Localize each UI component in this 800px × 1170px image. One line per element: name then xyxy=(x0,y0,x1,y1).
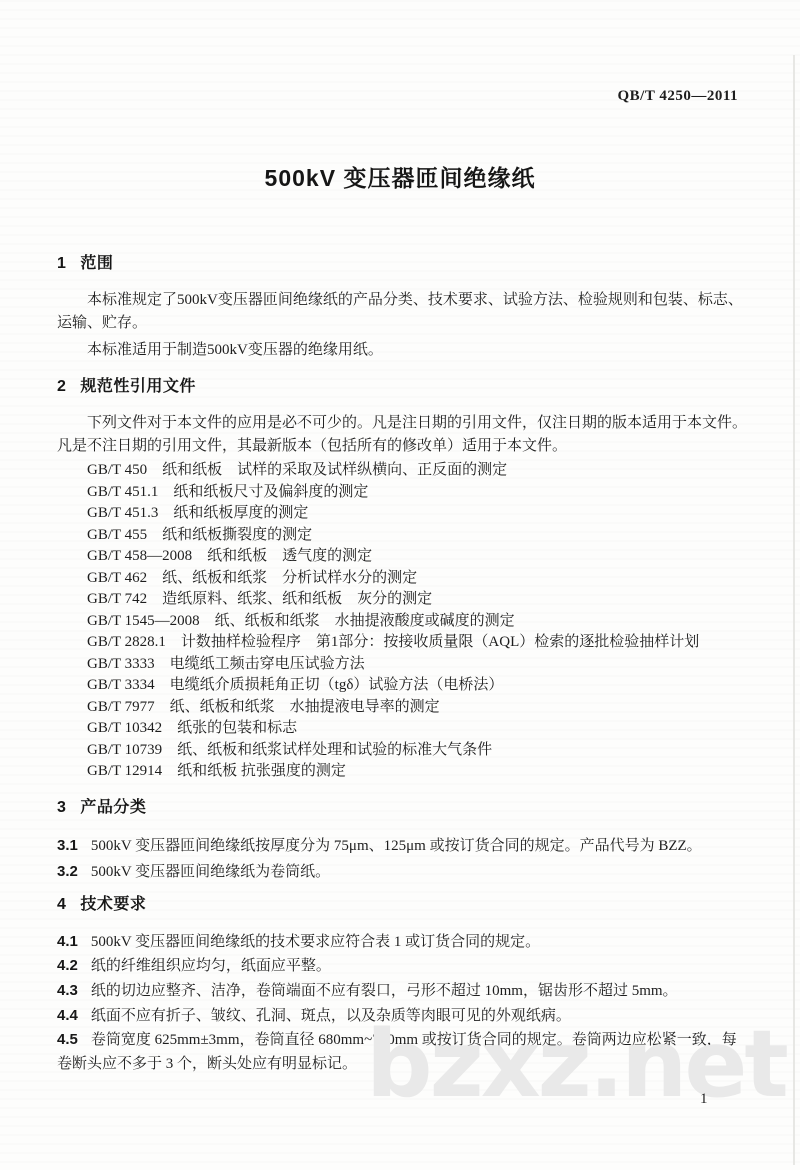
reference-item: GB/T 462 纸、纸板和纸浆 分析试样水分的测定 xyxy=(57,568,749,590)
section-number: 4 xyxy=(57,896,66,913)
clause-4-3: 4.3纸的切边应整齐、洁净，卷筒端面不应有裂口，弓形不超过 10mm，锯齿形不超… xyxy=(57,979,749,1004)
section-title: 范围 xyxy=(80,255,113,272)
section-1-paragraph: 本标准适用于制造500kV变压器的绝缘用纸。 xyxy=(57,339,749,362)
section-1-heading: 1范围 xyxy=(57,253,749,275)
reference-item: GB/T 451.1 纸和纸板尺寸及偏斜度的测定 xyxy=(57,482,749,504)
section-number: 2 xyxy=(57,378,66,395)
section-number: 1 xyxy=(57,255,66,272)
clause-text: 500kV 变压器匝间绝缘纸按厚度分为 75μm、125μm 或按订货合同的规定… xyxy=(91,838,702,854)
reference-item: GB/T 10342 纸张的包装和标志 xyxy=(57,718,749,740)
reference-item: GB/T 3333 电缆纸工频击穿电压试验方法 xyxy=(57,654,749,676)
document-title: 500kV 变压器匝间绝缘纸 xyxy=(0,160,800,193)
standard-code: QB/T 4250—2011 xyxy=(618,88,739,105)
reference-item: GB/T 12914 纸和纸板 抗张强度的测定 xyxy=(57,761,749,783)
section-1-paragraph: 本标准规定了500kV变压器匝间绝缘纸的产品分类、技术要求、试验方法、检验规则和… xyxy=(57,289,749,335)
document-body: 1范围 本标准规定了500kV变压器匝间绝缘纸的产品分类、技术要求、试验方法、检… xyxy=(57,253,749,1077)
reference-item: GB/T 451.3 纸和纸板厚度的测定 xyxy=(57,503,749,525)
clause-number: 4.5 xyxy=(57,1031,78,1048)
clause-number: 4.3 xyxy=(57,982,78,999)
clause-number: 4.4 xyxy=(57,1007,78,1024)
clause-number: 3.1 xyxy=(57,837,78,854)
page-number: 1 xyxy=(700,1091,708,1108)
section-title: 产品分类 xyxy=(80,799,146,816)
clause-text: 纸的纤维组织应均匀，纸面应平整。 xyxy=(91,958,331,974)
clause-number: 3.2 xyxy=(57,863,78,880)
bzxz-watermark: bzxz.net xyxy=(366,1018,786,1111)
reference-item: GB/T 3334 电缆纸介质损耗角正切（tgδ）试验方法（电桥法） xyxy=(57,675,749,697)
clause-text: 纸的切边应整齐、洁净，卷筒端面不应有裂口，弓形不超过 10mm，锯齿形不超过 5… xyxy=(91,983,678,999)
clause-3-2: 3.2500kV 变压器匝间绝缘纸为卷筒纸。 xyxy=(57,859,749,885)
section-title: 规范性引用文件 xyxy=(80,378,196,395)
section-2-heading: 2规范性引用文件 xyxy=(57,376,749,398)
clause-text: 500kV 变压器匝间绝缘纸为卷筒纸。 xyxy=(91,864,330,880)
clause-text: 500kV 变压器匝间绝缘纸的技术要求应符合表 1 或订货合同的规定。 xyxy=(91,934,540,950)
clause-4-2: 4.2纸的纤维组织应均匀，纸面应平整。 xyxy=(57,954,749,979)
section-number: 3 xyxy=(57,799,66,816)
scan-page-edge-line xyxy=(793,55,795,1165)
reference-item: GB/T 450 纸和纸板 试样的采取及试样纵横向、正反面的测定 xyxy=(57,460,749,482)
section-2-intro: 下列文件对于本文件的应用是必不可少的。凡是注日期的引用文件，仅注日期的版本适用于… xyxy=(57,412,749,458)
normative-reference-list: GB/T 450 纸和纸板 试样的采取及试样纵横向、正反面的测定 GB/T 45… xyxy=(57,460,749,783)
clause-number: 4.1 xyxy=(57,933,78,950)
reference-item: GB/T 458—2008 纸和纸板 透气度的测定 xyxy=(57,546,749,568)
reference-item: GB/T 10739 纸、纸板和纸浆试样处理和试验的标准大气条件 xyxy=(57,740,749,762)
clause-number: 4.2 xyxy=(57,957,78,974)
reference-item: GB/T 7977 纸、纸板和纸浆 水抽提液电导率的测定 xyxy=(57,697,749,719)
section-3-heading: 3产品分类 xyxy=(57,797,749,819)
reference-item: GB/T 2828.1 计数抽样检验程序 第1部分：按接收质量限（AQL）检索的… xyxy=(57,632,749,654)
reference-item: GB/T 742 造纸原料、纸浆、纸和纸板 灰分的测定 xyxy=(57,589,749,611)
clause-3-1: 3.1500kV 变压器匝间绝缘纸按厚度分为 75μm、125μm 或按订货合同… xyxy=(57,833,749,859)
reference-item: GB/T 455 纸和纸板撕裂度的测定 xyxy=(57,525,749,547)
section-title: 技术要求 xyxy=(80,896,146,913)
clause-4-1: 4.1500kV 变压器匝间绝缘纸的技术要求应符合表 1 或订货合同的规定。 xyxy=(57,930,749,955)
section-4-heading: 4技术要求 xyxy=(57,894,749,916)
reference-item: GB/T 1545—2008 纸、纸板和纸浆 水抽提液酸度或碱度的测定 xyxy=(57,611,749,633)
section-3-clauses: 3.1500kV 变压器匝间绝缘纸按厚度分为 75μm、125μm 或按订货合同… xyxy=(57,833,749,885)
